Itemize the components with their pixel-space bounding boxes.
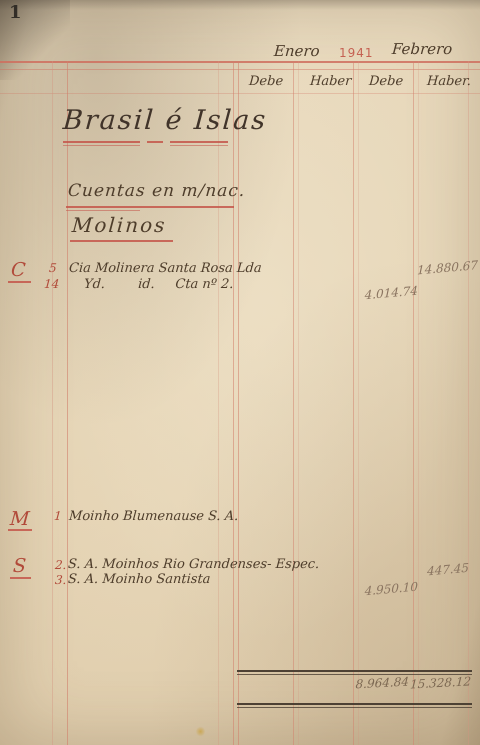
title-underline — [170, 141, 228, 143]
header-rule-thin — [0, 69, 480, 70]
title-underline — [147, 141, 163, 143]
col-divider-1 — [293, 61, 294, 745]
amount-febrero-haber: 14.880.67 — [417, 259, 473, 278]
paper-stain — [196, 726, 205, 737]
col-header-enero-debe: Debe — [248, 74, 283, 89]
title-underline — [63, 145, 140, 146]
total-rule-top — [237, 670, 472, 672]
index-letter-s: S — [12, 555, 27, 577]
subtitle-underline — [66, 206, 234, 208]
entry-description: S. A. Moinhos Rio Grandenses- Espec. — [67, 557, 319, 572]
index-letter-c: C — [10, 259, 26, 281]
category-underline — [70, 240, 173, 242]
col-header-febrero-haber: Haber. — [426, 74, 471, 89]
title-underline — [170, 145, 228, 146]
col-divider-3b — [418, 61, 419, 745]
folio-number: 1 — [54, 509, 63, 523]
total-febrero-haber: 15.328.12 — [410, 674, 469, 691]
entry-description: Moinho Blumenause S. A. — [68, 509, 238, 524]
category-title: Molinos — [71, 213, 167, 237]
folio-number: 2. — [55, 558, 67, 572]
subtitle: Cuentas en m/nac. — [67, 181, 246, 201]
col-divider-3 — [413, 61, 414, 745]
index-letter-underline — [8, 281, 31, 283]
index-letter-underline — [10, 577, 31, 579]
header-rule — [0, 61, 480, 63]
margin-rule-outer — [52, 61, 53, 745]
col-divider-1b — [298, 61, 299, 745]
month-enero-label: Enero — [273, 42, 320, 60]
index-letter-m: M — [9, 508, 30, 530]
amount-febrero-debe: 4.014.74 — [362, 284, 418, 303]
folio-number: 5 — [49, 261, 58, 275]
col-divider-2 — [353, 61, 354, 745]
total-rule-bottom-b — [237, 707, 472, 708]
folio-number: 14 — [44, 277, 60, 291]
col-header-febrero-debe: Debe — [368, 74, 403, 89]
columns-rule-a — [233, 61, 234, 745]
col-divider-right — [468, 61, 469, 745]
subtitle-underline — [66, 210, 140, 211]
month-febrero-label: Febrero — [391, 40, 453, 58]
folio-number: 3. — [55, 573, 67, 587]
entry-description: Cia Molinera Santa Rosa Lda — [68, 261, 262, 276]
total-rule-top-b — [237, 674, 472, 675]
amount-febrero-haber: 447.45 — [417, 561, 469, 580]
col-header-enero-haber: Haber — [309, 74, 351, 89]
ledger-page: 1 Enero 1941 Febrero Debe Haber Debe Hab… — [0, 0, 480, 745]
col-divider-2b — [358, 61, 359, 745]
entry-description: Yd. id. Cta nº 2. — [83, 277, 234, 292]
amount-febrero-debe: 4.950.10 — [362, 580, 418, 599]
page-number: 1 — [9, 2, 22, 23]
subheader-rule — [0, 93, 480, 94]
total-rule-bottom — [237, 703, 472, 705]
description-rule — [218, 61, 219, 745]
entry-description: S. A. Moinho Santista — [67, 572, 210, 587]
year-stamp: 1941 — [339, 46, 374, 60]
index-letter-underline — [8, 529, 32, 531]
margin-rule-inner — [67, 61, 68, 745]
scan-edge-shadow — [0, 0, 480, 10]
total-febrero-debe: 8.964.84 — [354, 675, 410, 692]
account-title: Brasil é Islas — [62, 105, 268, 136]
columns-rule-b — [238, 61, 239, 745]
title-underline — [63, 141, 140, 143]
